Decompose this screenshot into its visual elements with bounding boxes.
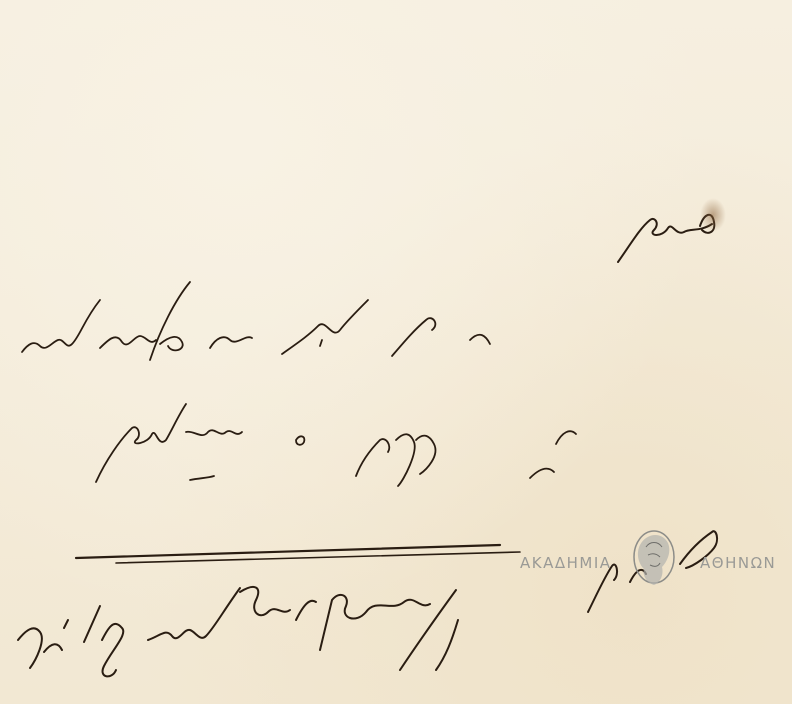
watermark-text-right: ΑΘΗΝΩΝ bbox=[700, 554, 776, 572]
handwritten-date bbox=[18, 531, 717, 668]
handwriting-line-2 bbox=[22, 282, 490, 360]
handwriting-line-3 bbox=[96, 404, 576, 486]
athena-head-seal-icon bbox=[628, 527, 680, 591]
handwriting-line-1 bbox=[618, 215, 714, 262]
ink-smudge bbox=[700, 198, 726, 232]
watermark-text-left: ΑΚΑΔΗΜΙΑ bbox=[520, 554, 612, 572]
handwriting-line-4-signature bbox=[84, 587, 458, 676]
handwriting-ink bbox=[0, 0, 792, 704]
rule-lines bbox=[76, 545, 520, 563]
document-page: ΑΚΑΔΗΜΙΑ ΑΘΗΝΩΝ bbox=[0, 0, 792, 704]
